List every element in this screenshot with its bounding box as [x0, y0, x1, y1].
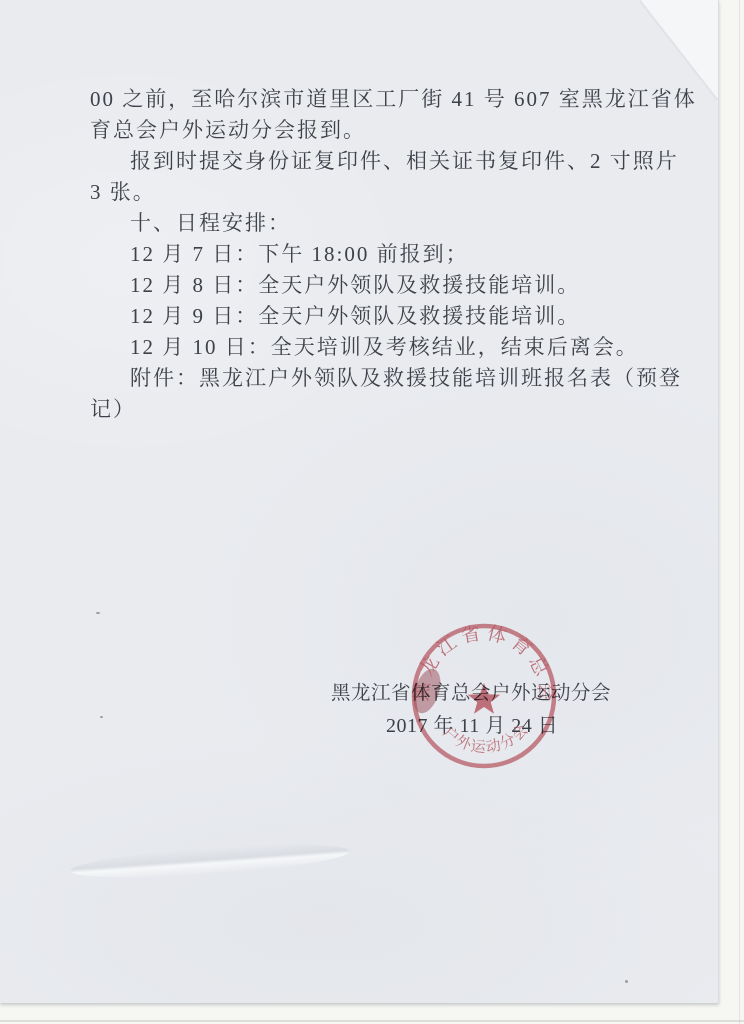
document-body: 00 之前，至哈尔滨市道里区工厂街 41 号 607 室黑龙江省体 育总会户外运… [0, 84, 718, 425]
scan-speck [96, 612, 100, 614]
body-line: 12 月 7 日：下午 18:00 前报到； [0, 239, 718, 270]
scan-speck [625, 980, 628, 983]
body-line: 附件：黑龙江户外领队及救援技能培训班报名表（预登 [0, 363, 718, 394]
paper-sheet: 00 之前，至哈尔滨市道里区工厂街 41 号 607 室黑龙江省体 育总会户外运… [0, 0, 719, 1003]
body-line: 12 月 8 日：全天户外领队及救援技能培训。 [0, 270, 718, 301]
svg-text:户外运动分会: 户外运动分会 [439, 720, 532, 756]
official-seal: 黑龙江省体育总会 户外运动分会 [409, 621, 559, 771]
body-line: 00 之前，至哈尔滨市道里区工厂街 41 号 607 室黑龙江省体 [0, 84, 718, 115]
paper-fold-mark [69, 838, 350, 883]
seal-arc-text-bottom: 户外运动分会 [439, 720, 532, 756]
body-line: 3 张。 [0, 177, 718, 208]
body-line: 12 月 10 日：全天培训及考核结业，结束后离会。 [0, 332, 718, 363]
body-line: 十、日程安排： [0, 208, 718, 239]
scanner-edge-line [739, 0, 740, 1024]
scanner-edge-line [0, 1020, 744, 1022]
scan-speck [100, 716, 103, 718]
body-line: 育总会户外运动分会报到。 [0, 115, 718, 146]
scanned-document-page: 00 之前，至哈尔滨市道里区工厂街 41 号 607 室黑龙江省体 育总会户外运… [0, 0, 744, 1024]
body-line: 记） [0, 394, 718, 425]
seal-star-icon [468, 683, 500, 714]
body-line: 12 月 9 日：全天户外领队及救援技能培训。 [0, 301, 718, 332]
body-line: 报到时提交身份证复印件、相关证书复印件、2 寸照片 [0, 146, 718, 177]
